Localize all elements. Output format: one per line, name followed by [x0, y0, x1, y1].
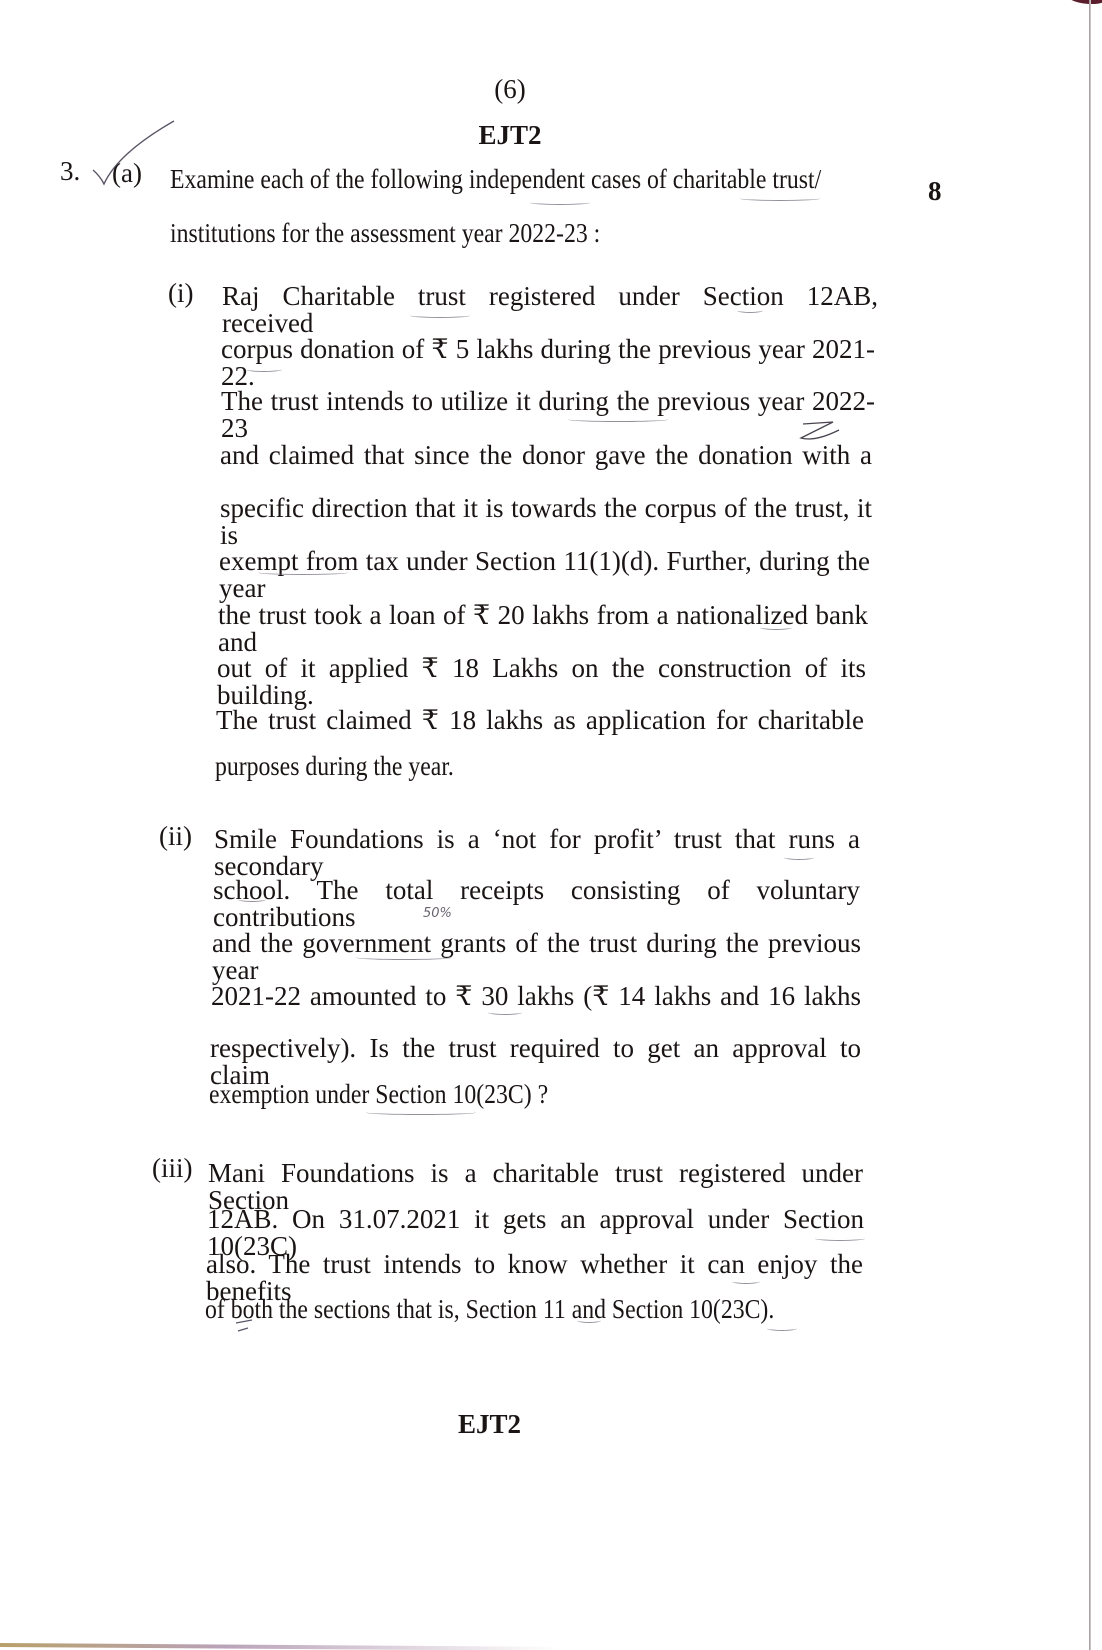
- ink-underline: [356, 955, 452, 960]
- case-line: 2021-22 amounted to ₹ 30 lakhs (₹ 14 lak…: [211, 983, 861, 1010]
- case-line: corpus donation of ₹ 5 lakhs during the …: [221, 336, 875, 390]
- case-line: and claimed that since the donor gave th…: [220, 442, 872, 469]
- handwritten-mark-icon: [234, 1318, 256, 1334]
- case-line: school. The total receipts consisting of…: [213, 877, 860, 931]
- ink-underline: [760, 625, 792, 630]
- page-edge-bottom: [0, 1643, 560, 1650]
- paper-code-footer: EJT2: [458, 1411, 521, 1438]
- question-number: 3.: [60, 158, 80, 185]
- ink-underline: [410, 313, 470, 318]
- ink-underline: [568, 417, 668, 422]
- question-marks: 8: [928, 178, 942, 205]
- case-label: (ii): [159, 823, 192, 850]
- case-line: specific direction that it is towards th…: [220, 495, 872, 549]
- case-line: Smile Foundations is a ‘not for profit’ …: [214, 826, 860, 880]
- case-line: exemption under Section 10(23C) ?: [209, 1081, 548, 1108]
- intro-line: Examine each of the following independen…: [170, 166, 821, 193]
- case-line: Raj Charitable trust registered under Se…: [222, 283, 878, 337]
- intro-line: institutions for the assessment year 202…: [170, 220, 600, 247]
- question-part: (a): [112, 160, 142, 187]
- handwritten-margin-note: 50%: [423, 906, 452, 921]
- case-label: (iii): [152, 1155, 193, 1182]
- ink-underline: [366, 1110, 476, 1115]
- case-line: of both the sections that is, Section 11…: [205, 1296, 774, 1323]
- ink-underline: [784, 855, 814, 860]
- case-line: and the government grants of the trust d…: [212, 930, 861, 984]
- paper-code-header: EJT2: [460, 122, 560, 149]
- page-edge-right: [1089, 0, 1091, 1650]
- handwritten-scribble-icon: [795, 420, 845, 444]
- ink-underline: [740, 196, 820, 201]
- case-line: The trust claimed ₹ 18 lakhs as applicat…: [216, 707, 864, 734]
- ink-underline: [737, 308, 763, 313]
- ink-underline: [767, 1326, 797, 1331]
- case-line: out of it applied ₹ 18 Lakhs on the cons…: [217, 655, 866, 709]
- case-label: (i): [168, 280, 193, 307]
- ink-underline: [488, 1010, 522, 1015]
- ink-underline: [577, 1318, 601, 1323]
- ink-underline: [815, 1236, 865, 1241]
- case-line: exempt from tax under Section 11(1)(d). …: [219, 548, 870, 602]
- ink-underline: [732, 1279, 760, 1284]
- ink-underline: [246, 367, 282, 372]
- ink-underline: [530, 200, 590, 205]
- page-number: (6): [480, 76, 540, 103]
- page-corner-shadow: [1068, 0, 1102, 4]
- ink-underline: [258, 570, 348, 575]
- case-line: purposes during the year.: [215, 753, 454, 780]
- ink-underline: [238, 897, 266, 902]
- case-line: The trust intends to utilize it during t…: [221, 388, 875, 442]
